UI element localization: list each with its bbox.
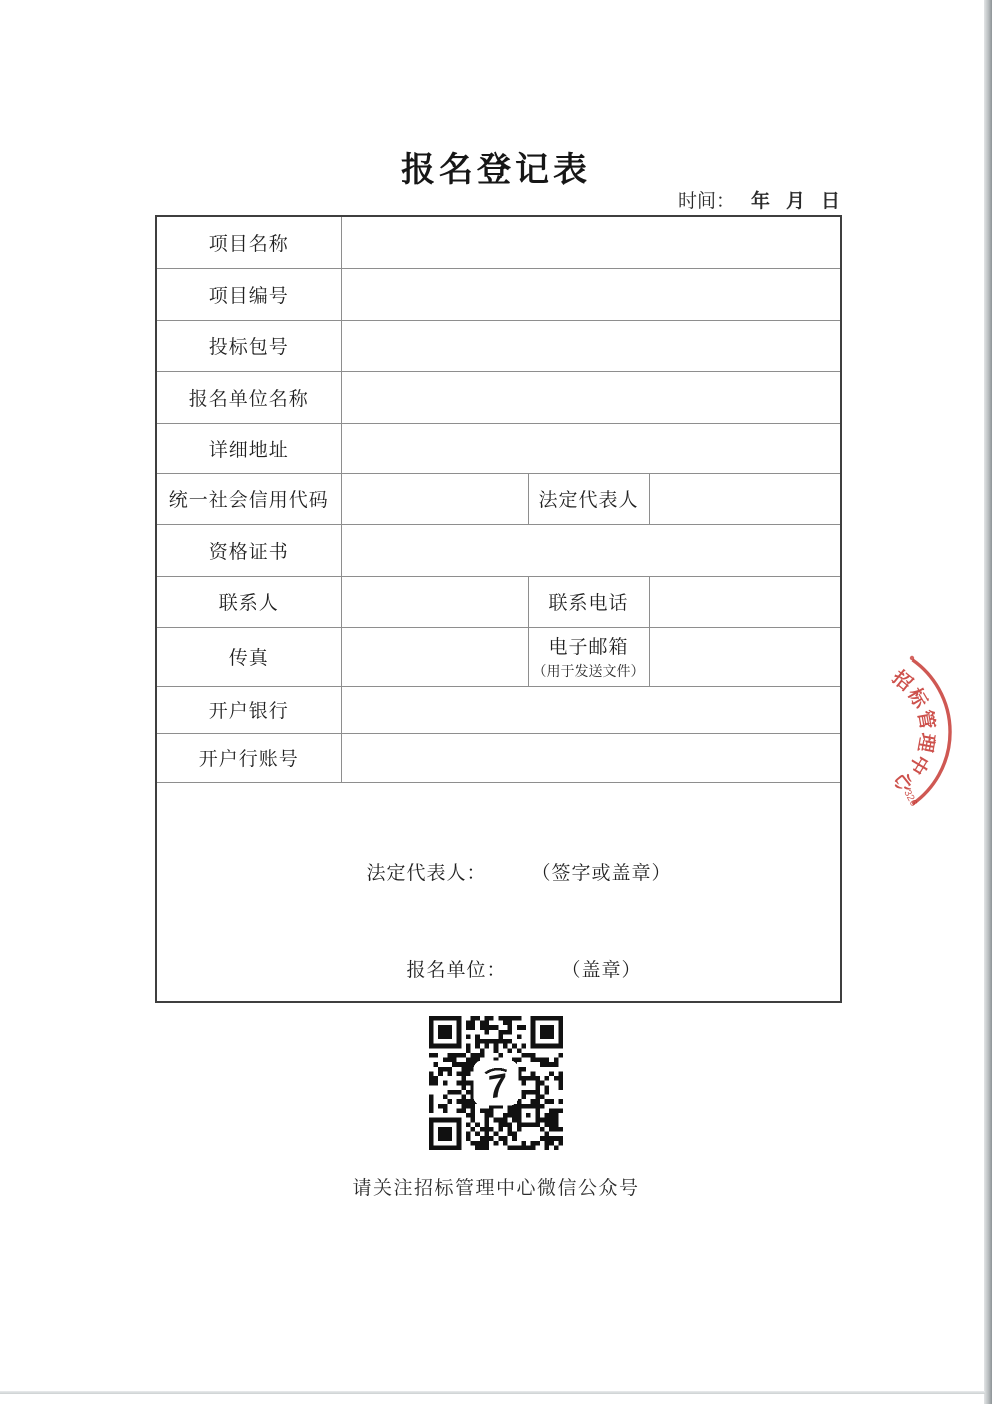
time-year: 年 <box>751 191 770 212</box>
table-row: 统一社会信用代码 法定代表人 <box>156 473 841 524</box>
row-label: 项目名称 <box>156 216 341 268</box>
legal-rep-signature-label: 法定代表人： <box>321 858 531 885</box>
registration-form: 项目名称 项目编号 投标包号 报名单位名称 详细地址 统一社会信用代码 法定代表… <box>155 215 842 1003</box>
phone-value-cell <box>649 576 841 627</box>
table-row: 资格证书 <box>156 524 841 576</box>
legal-rep-signature-line: 法定代表人：（签字或盖章） <box>159 858 834 885</box>
table-row: 详细地址 <box>156 423 841 473</box>
legal-rep-value-cell <box>649 473 841 524</box>
seal-text: 招标管理中心 <box>888 666 940 798</box>
table-row: 投标包号 <box>156 320 841 371</box>
seal-image: 招标管理中心 326 <box>850 640 992 835</box>
signature-cell: 法定代表人：（签字或盖章） 报名单位：（盖章） <box>156 782 841 1002</box>
email-label-note: （用于发送文件） <box>529 661 649 681</box>
row-label: 电子邮箱 （用于发送文件） <box>528 627 649 686</box>
wechat-qr-code: 7 <box>425 1016 567 1150</box>
email-value-cell <box>649 627 841 686</box>
project-name-value-cell <box>341 216 841 268</box>
address-value-cell <box>341 423 841 473</box>
row-label: 传真 <box>156 627 341 686</box>
row-label: 开户银行 <box>156 686 341 733</box>
table-row: 项目编号 <box>156 268 841 320</box>
unit-seal-note: （盖章） <box>561 960 641 981</box>
table-row: 开户银行 <box>156 686 841 733</box>
contact-value-cell <box>341 576 528 627</box>
table-row: 报名单位名称 <box>156 371 841 423</box>
time-day: 日 <box>821 191 840 212</box>
row-label: 统一社会信用代码 <box>156 473 341 524</box>
page-edge-shadow-bottom <box>0 1391 985 1394</box>
scanned-page: { "document": { "title": "报名登记表", "time"… <box>0 0 992 1404</box>
row-label: 联系电话 <box>528 576 649 627</box>
time-month: 月 <box>786 191 805 212</box>
row-label: 详细地址 <box>156 423 341 473</box>
time-label: 时间： <box>678 191 735 212</box>
project-number-value-cell <box>341 268 841 320</box>
unit-seal-line: 报名单位：（盖章） <box>159 955 834 982</box>
fax-value-cell <box>341 627 528 686</box>
seal-number: 326 <box>901 788 919 808</box>
unit-seal-label: 报名单位： <box>351 955 561 982</box>
certificate-value-cell <box>341 524 841 576</box>
table-row: 传真 电子邮箱 （用于发送文件） <box>156 627 841 686</box>
signature-row: 法定代表人：（签字或盖章） 报名单位：（盖章） <box>156 782 841 1002</box>
row-label: 法定代表人 <box>528 473 649 524</box>
qr-caption: 请关注招标管理中心微信公众号 <box>0 1173 992 1200</box>
account-value-cell <box>341 733 841 782</box>
row-label: 资格证书 <box>156 524 341 576</box>
page-title: 报名登记表 <box>0 142 992 191</box>
legal-rep-signature-note: （签字或盖章） <box>531 863 671 884</box>
unit-name-value-cell <box>341 371 841 423</box>
row-label: 开户行账号 <box>156 733 341 782</box>
bank-value-cell <box>341 686 841 733</box>
table-row: 开户行账号 <box>156 733 841 782</box>
row-label: 报名单位名称 <box>156 371 341 423</box>
red-seal-stamp: 招标管理中心 326 <box>850 640 992 835</box>
row-label: 项目编号 <box>156 268 341 320</box>
time-line: 时间：年月日 <box>155 186 840 213</box>
row-label: 投标包号 <box>156 320 341 371</box>
registration-table: 项目名称 项目编号 投标包号 报名单位名称 详细地址 统一社会信用代码 法定代表… <box>155 215 842 1003</box>
email-label: 电子邮箱 <box>529 632 649 659</box>
bid-package-value-cell <box>341 320 841 371</box>
seal-ink-dot <box>910 656 914 660</box>
table-row: 联系人 联系电话 <box>156 576 841 627</box>
qr-code-image: 7 <box>425 1016 567 1150</box>
credit-code-value-cell <box>341 473 528 524</box>
row-label: 联系人 <box>156 576 341 627</box>
table-row: 项目名称 <box>156 216 841 268</box>
